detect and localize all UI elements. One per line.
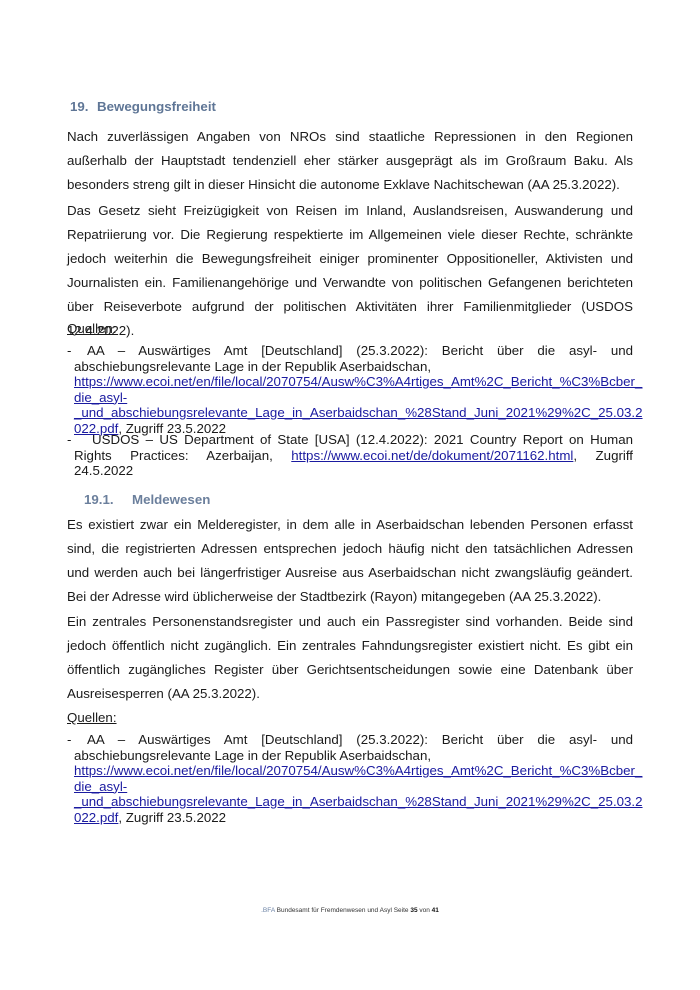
page-of-label: von: [418, 907, 432, 914]
page-footer: .BFA Bundesamt für Fremdenwesen und Asyl…: [0, 907, 700, 914]
access-date: , Zugriff 23.5.2022: [118, 810, 226, 825]
source-link[interactable]: https://www.ecoi.net/en/file/local/20707…: [74, 374, 633, 421]
list-dash: -: [67, 732, 71, 748]
section-title: Bewegungsfreiheit: [97, 99, 216, 114]
sources-label: Quellen:: [67, 321, 117, 336]
paragraph: Es existiert zwar ein Melderegister, in …: [67, 513, 633, 609]
subsection-title: Meldewesen: [132, 492, 210, 507]
section-number: 19.: [70, 99, 97, 114]
source-link[interactable]: https://www.ecoi.net/de/dokument/2071162…: [291, 448, 573, 463]
subsection-heading: 19.1.Meldewesen: [84, 492, 210, 507]
sources-label: Quellen:: [67, 710, 117, 725]
page-number: 35: [410, 907, 417, 914]
paragraph: Ein zentrales Personenstandsregister und…: [67, 610, 633, 706]
source-entry: - AA – Auswärtiges Amt [Deutschland] (25…: [67, 343, 633, 436]
source-text: AA – Auswärtiges Amt [Deutschland] (25.3…: [74, 343, 633, 374]
source-link[interactable]: https://www.ecoi.net/en/file/local/20707…: [74, 763, 633, 810]
paragraph: Das Gesetz sieht Freizügigkeit von Reise…: [67, 199, 633, 343]
paragraph: Nach zuverlässigen Angaben von NROs sind…: [67, 125, 633, 197]
source-link-end[interactable]: 022.pdf: [74, 810, 118, 825]
footer-org: Bundesamt für Fremdenwesen und Asyl Seit…: [275, 907, 411, 914]
source-entry: - AA – Auswärtiges Amt [Deutschland] (25…: [67, 732, 633, 825]
page-total: 41: [432, 907, 439, 914]
section-heading: 19.Bewegungsfreiheit: [70, 99, 216, 114]
list-dash: -: [67, 343, 71, 359]
bfa-logo: .BFA: [261, 907, 275, 914]
source-entry: - USDOS – US Department of State [USA] (…: [67, 432, 633, 479]
source-text: AA – Auswärtiges Amt [Deutschland] (25.3…: [74, 732, 633, 763]
list-dash: -: [67, 432, 71, 448]
subsection-number: 19.1.: [84, 492, 132, 507]
